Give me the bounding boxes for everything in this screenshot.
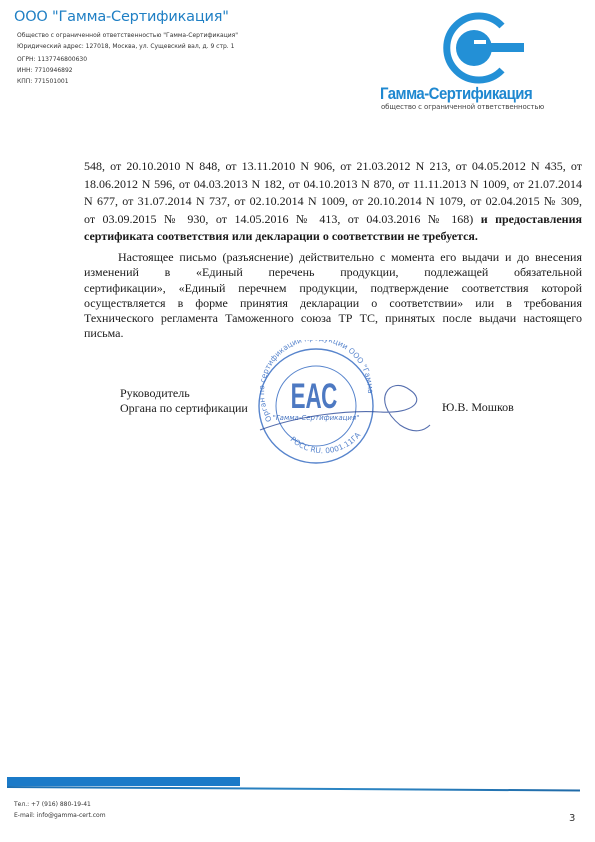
- gamma-c-logo-icon: [430, 12, 535, 84]
- ogrn: ОГРН: 1137746800630: [17, 56, 87, 63]
- text-line: 18.06.2012 N 596, от 04.03.2013 N 182, о…: [84, 176, 582, 194]
- signatory-role: Руководитель Органа по сертификации: [120, 386, 248, 416]
- company-title: ООО "Гамма-Сертификация": [14, 9, 229, 25]
- signatory-name: Ю.В. Мошков: [442, 400, 514, 415]
- text-line: N 677, от 31.07.2014 N 737, от 02.10.201…: [84, 193, 582, 211]
- text-line: изменений в «Единый перечень продукции, …: [84, 265, 582, 280]
- paragraph-validity: Настоящее письмо (разъяснение) действите…: [84, 250, 582, 342]
- logo-name: Гамма-Сертификация: [380, 84, 532, 104]
- legal-address: Юридический адрес: 127018, Москва, ул. С…: [17, 43, 234, 50]
- text-line: Технического регламента Таможенного союз…: [84, 311, 582, 326]
- signatory-role-line: Органа по сертификации: [120, 401, 248, 416]
- footer-accent-bar: [7, 777, 240, 786]
- signatory-role-line: Руководитель: [120, 386, 248, 401]
- text-line: Настоящее письмо (разъяснение) действите…: [84, 250, 582, 265]
- stamp-eac-mark: ЕАС: [291, 377, 338, 416]
- text-line-bold: сертификата соответствия или декларации …: [84, 228, 582, 246]
- text-line-bold: и предоставления: [473, 212, 582, 226]
- paragraph-legal-references: 548, от 20.10.2010 N 848, от 13.11.2010 …: [84, 158, 582, 246]
- handwritten-signature: [260, 385, 430, 430]
- text-line: сертификации», «Единый перечнем продукци…: [84, 281, 582, 296]
- text-line: от 03.09.2015 № 930, от 14.05.2016 № 413…: [84, 211, 582, 229]
- text-line-normal: от 03.09.2015 № 930, от 14.05.2016 № 413…: [84, 212, 473, 226]
- text-line: осуществляется в форме принятия декларац…: [84, 296, 582, 311]
- footer-phone: Тел.: +7 (916) 880-19-41: [14, 801, 91, 808]
- text-line: 548, от 20.10.2010 N 848, от 13.11.2010 …: [84, 158, 582, 176]
- footer-email: E-mail: info@gamma-cert.com: [14, 812, 106, 819]
- kpp: КПП: 771501001: [17, 78, 69, 85]
- page-number: 3: [569, 813, 575, 824]
- footer-divider: [7, 786, 580, 792]
- inn: ИНН: 7710946892: [17, 67, 73, 74]
- logo-subtitle: общество с ограниченной ответственностью: [381, 103, 544, 111]
- company-full-name: Общество с ограниченной ответственностью…: [17, 32, 238, 39]
- official-stamp-icon: Орган по сертификации продукции ООО "Гам…: [250, 340, 450, 470]
